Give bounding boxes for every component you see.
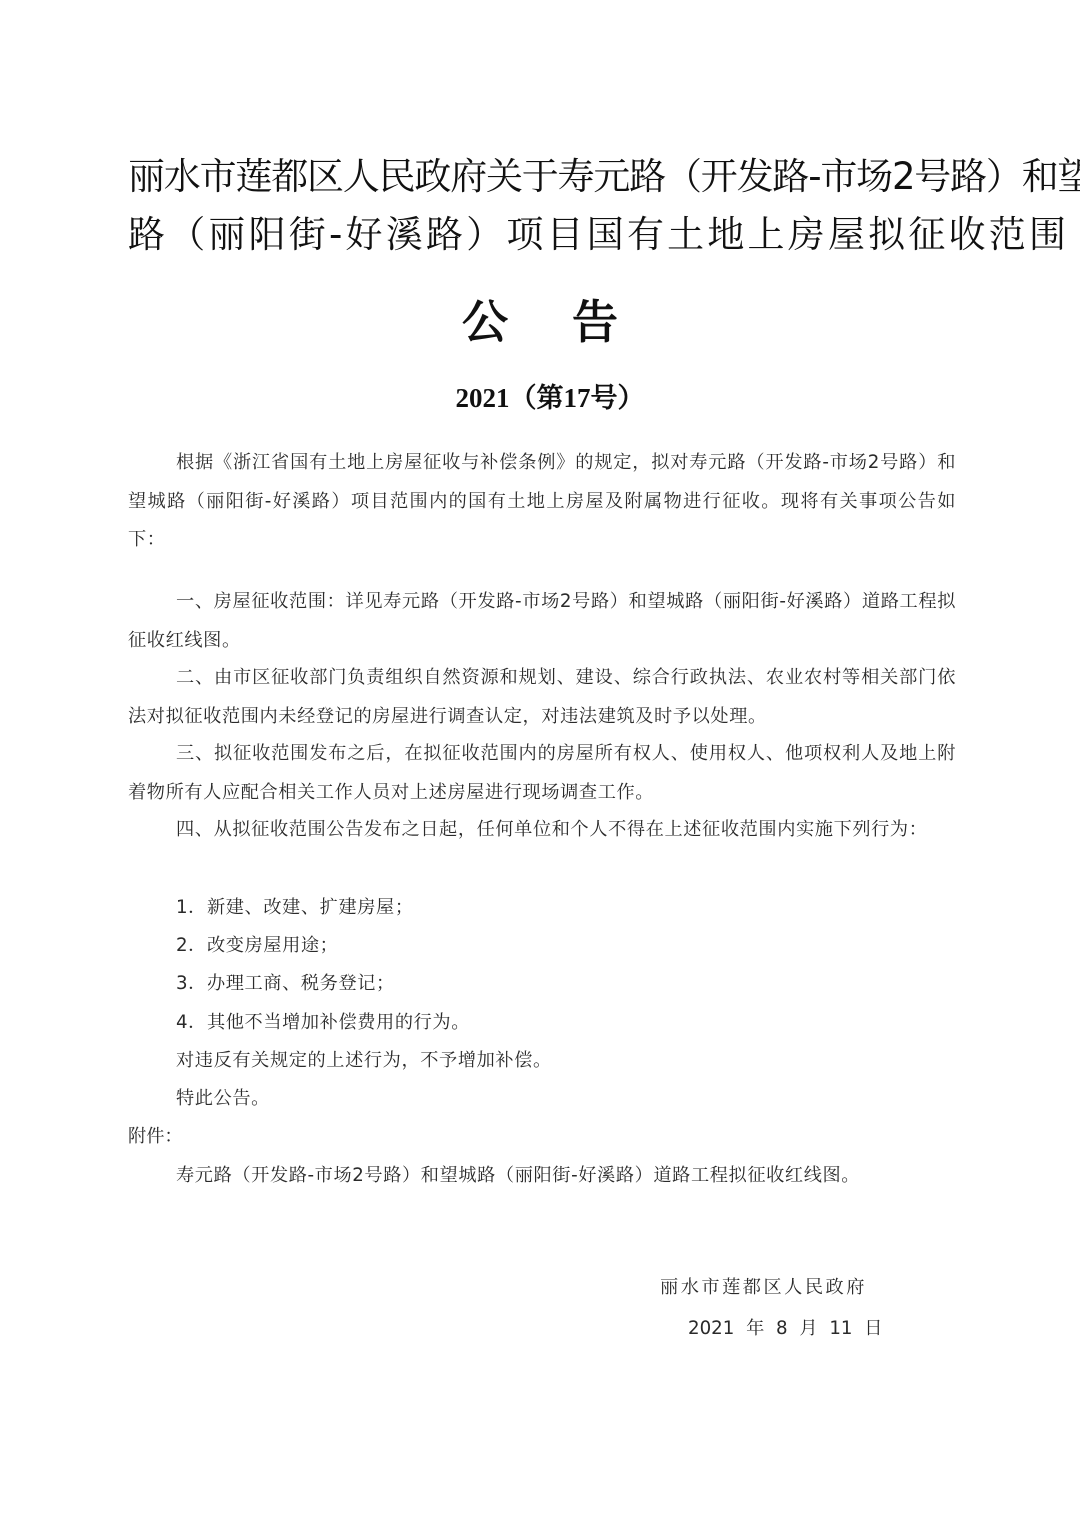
intro-paragraph: 根据《浙江省国有土地上房屋征收与补偿条例》的规定，拟对寿元路（开发路-市场2号路… (128, 444, 956, 560)
closing-statement: 特此公告。 (176, 1080, 270, 1118)
issuing-authority: 丽水市莲都区人民政府 (660, 1273, 867, 1303)
document-title-line-2: 路（丽阳街-好溪路）项目国有土地上房屋拟征收范围 (128, 213, 958, 257)
heading-char-2: 告 (572, 292, 618, 352)
section-1-paragraph: 一、房屋征收范围：详见寿元路（开发路-市场2号路）和望城路（丽阳街-好溪路）道路… (128, 583, 956, 660)
attachment-label: 附件： (128, 1118, 183, 1156)
prohibited-item-3: 3．办理工商、税务登记； (176, 965, 395, 1003)
document-number: 2021（第17号） (0, 380, 1080, 416)
section-2-paragraph: 二、由市区征收部门负责组织自然资源和规划、建设、综合行政执法、农业农村等相关部门… (128, 659, 956, 736)
document-title-line-1: 丽水市莲都区人民政府关于寿元路（开发路-市场2号路）和望城 (128, 155, 958, 199)
prohibited-item-2: 2．改变房屋用途； (176, 927, 338, 965)
document-page: 丽水市莲都区人民政府关于寿元路（开发路-市场2号路）和望城 路（丽阳街-好溪路）… (0, 0, 1080, 1517)
heading-char-1: 公 (462, 292, 508, 352)
section-4-paragraph: 四、从拟征收范围公告发布之日起，任何单位和个人不得在上述征收范围内实施下列行为： (128, 811, 956, 850)
issue-date: 2021 年 8 月 11 日 (688, 1314, 882, 1344)
section-3-paragraph: 三、拟征收范围发布之后，在拟征收范围内的房屋所有权人、使用权人、他项权利人及地上… (128, 735, 956, 812)
prohibited-item-1: 1．新建、改建、扩建房屋； (176, 889, 414, 927)
penalty-note: 对违反有关规定的上述行为，不予增加补偿。 (176, 1042, 552, 1080)
prohibited-item-4: 4．其他不当增加补偿费用的行为。 (176, 1004, 470, 1042)
attachment-item: 寿元路（开发路-市场2号路）和望城路（丽阳街-好溪路）道路工程拟征收红线图。 (176, 1157, 860, 1195)
